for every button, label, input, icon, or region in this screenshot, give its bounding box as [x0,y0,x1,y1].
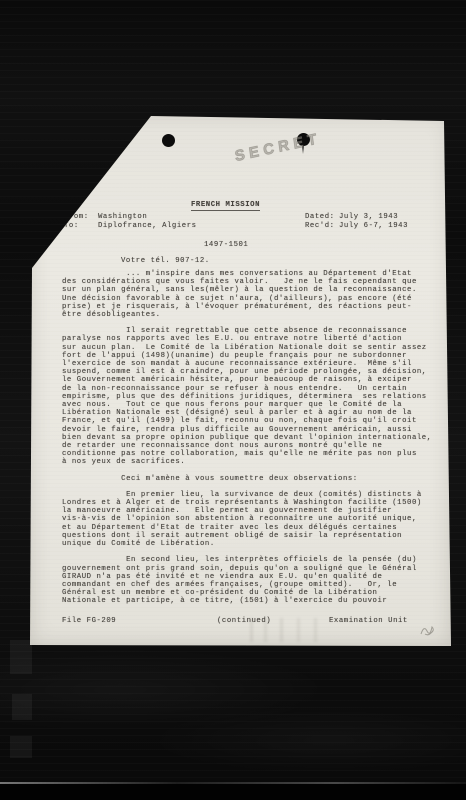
punch-hole-left [162,134,175,147]
to-value: Diplofrance, Algiers [98,222,197,230]
document-body: ... m'inspire dans mes conversations au … [62,270,450,627]
date-block: Dated:July 3, 1943 Rec'd:July 6-7, 1943 [305,213,408,231]
paragraph-4: En premier lieu, la survivance de deux (… [62,491,450,548]
from-row: From:Washington [64,213,197,222]
microfilm-frame: SECRET FRENCH MISSION From:Washington To… [0,0,466,800]
paragraph-2: Il serait regrettable que cette absence … [62,327,450,466]
telegram-numbers: 1497-1501 [204,241,248,249]
paragraph-3: Ceci m'amène à vous soumettre deux obser… [62,475,450,483]
origin-block: From:Washington To:Diplofrance, Algiers [64,213,197,231]
file-number: File FG-209 [62,617,116,625]
film-edge-mark [10,640,32,674]
to-row: To:Diplofrance, Algiers [64,222,197,231]
film-bottom-bar [0,784,466,800]
recd-row: Rec'd:July 6-7, 1943 [305,222,408,231]
paragraph-5: En second lieu, les interprètes officiel… [62,556,450,605]
secret-stamp: SECRET [234,130,322,165]
film-edge-mark [12,694,32,720]
dated-label: Dated: [305,213,339,222]
reference-line: Votre tél. 907-12. [121,257,210,265]
dated-value: July 3, 1943 [339,213,398,221]
film-edge-mark [10,736,32,758]
from-value: Washington [98,213,147,221]
document-page: SECRET FRENCH MISSION From:Washington To… [29,111,451,647]
examination-unit: Examination Unit [329,617,408,625]
to-label: To: [64,222,98,231]
document-title: FRENCH MISSION [191,201,260,211]
ghost-stamp-mark [250,618,330,642]
paragraph-1: ... m'inspire dans mes conversations au … [62,270,450,319]
recd-label: Rec'd: [305,222,339,231]
pencil-scribble [418,622,440,640]
dated-row: Dated:July 3, 1943 [305,213,408,222]
recd-value: July 6-7, 1943 [339,222,408,230]
